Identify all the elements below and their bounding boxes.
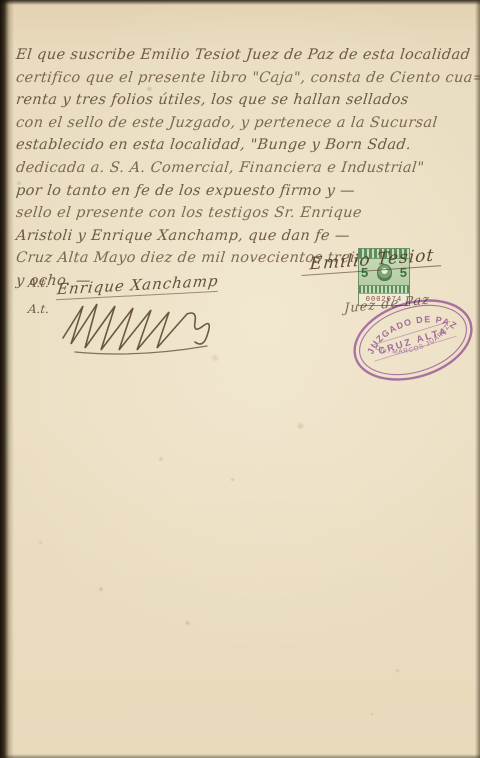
handwritten-line: certifico que el presente libro "Caja", … bbox=[15, 67, 469, 90]
foxing-spot bbox=[370, 712, 374, 716]
witness-prefix: A.t. bbox=[27, 302, 50, 316]
handwritten-line: establecido en esta localidad, "Bunge y … bbox=[15, 134, 469, 157]
document-scan: El que suscribe Emilio Tesiot Juez de Pa… bbox=[0, 0, 480, 758]
handwritten-line: dedicada a. S. A. Comercial, Financiera … bbox=[15, 157, 469, 180]
handwritten-line: por lo tanto en fe de los expuesto firmo… bbox=[15, 180, 469, 203]
handwritten-line: renta y tres folios útiles, los que se h… bbox=[15, 89, 469, 112]
foxing-spot bbox=[184, 620, 191, 626]
foxing-spot bbox=[158, 456, 164, 462]
fiscal-stamp-lower-band bbox=[359, 285, 409, 293]
foxing-spot bbox=[395, 668, 400, 673]
foxing-spot bbox=[38, 540, 43, 545]
scan-edge-right bbox=[475, 0, 480, 758]
handwritten-line: El que suscribe Emilio Tesiot Juez de Pa… bbox=[15, 44, 469, 67]
witness-signature-1: Enrique Xanchamp bbox=[56, 272, 220, 301]
handwritten-line: Aristoli y Enrique Xanchamp, que dan fe … bbox=[15, 225, 469, 248]
witness-signatures: A.t. Enrique Xanchamp A.t. bbox=[28, 276, 237, 356]
foxing-spot bbox=[230, 477, 235, 482]
handwritten-line: con el sello de este Juzgado, y pertenec… bbox=[15, 112, 469, 135]
scan-edge-bottom bbox=[0, 754, 480, 758]
witness-signature-2-flourish bbox=[57, 298, 237, 356]
book-gutter-shadow bbox=[0, 0, 14, 758]
witness-prefix: A.t. bbox=[27, 276, 50, 290]
foxing-spot bbox=[296, 422, 305, 430]
handwritten-line: sello el presente con los testigos Sr. E… bbox=[15, 202, 469, 225]
foxing-spot bbox=[98, 586, 104, 592]
scan-edge-top bbox=[0, 0, 480, 5]
